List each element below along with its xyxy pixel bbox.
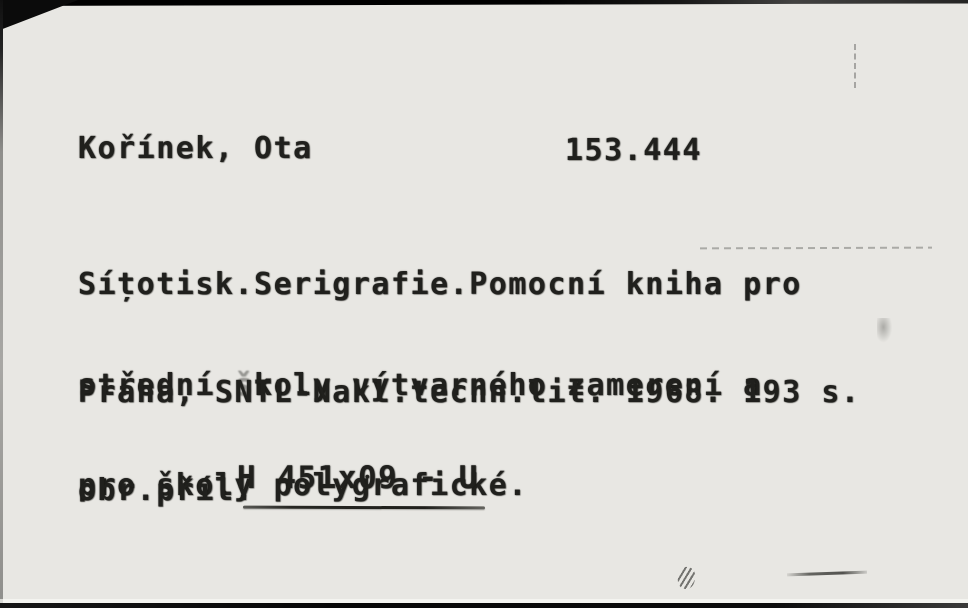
author-heading: Kořínek, Ota: [78, 132, 313, 166]
imprint-line-1: Praha, SNTL-Nakl.techn.lit. 1968. 193 s.: [78, 376, 860, 407]
call-number: H 451x09 - U: [237, 462, 479, 496]
scan-edge-top: [0, 0, 968, 6]
scan-edge-bottom: [0, 603, 968, 608]
imprint-block: Praha, SNTL-Nakl.techn.lit. 1968. 193 s.…: [78, 309, 860, 572]
scan-edge-left: [0, 0, 3, 608]
scan-edge-top-left-corner: [0, 0, 78, 30]
ink-scribble-mark: [676, 566, 696, 590]
shelf-number: 153.444: [565, 134, 702, 168]
title-line-1: Síțotisk.Serigrafie.Pomocní kniha pro: [78, 268, 802, 302]
faint-vertical-dash-mark: [854, 44, 856, 88]
faint-dotted-line-mark: [700, 247, 932, 250]
library-catalog-card-scan: Kořínek, Ota 153.444 Síțotisk.Serigrafie…: [0, 0, 968, 608]
faint-smudge-mark: [877, 318, 893, 344]
